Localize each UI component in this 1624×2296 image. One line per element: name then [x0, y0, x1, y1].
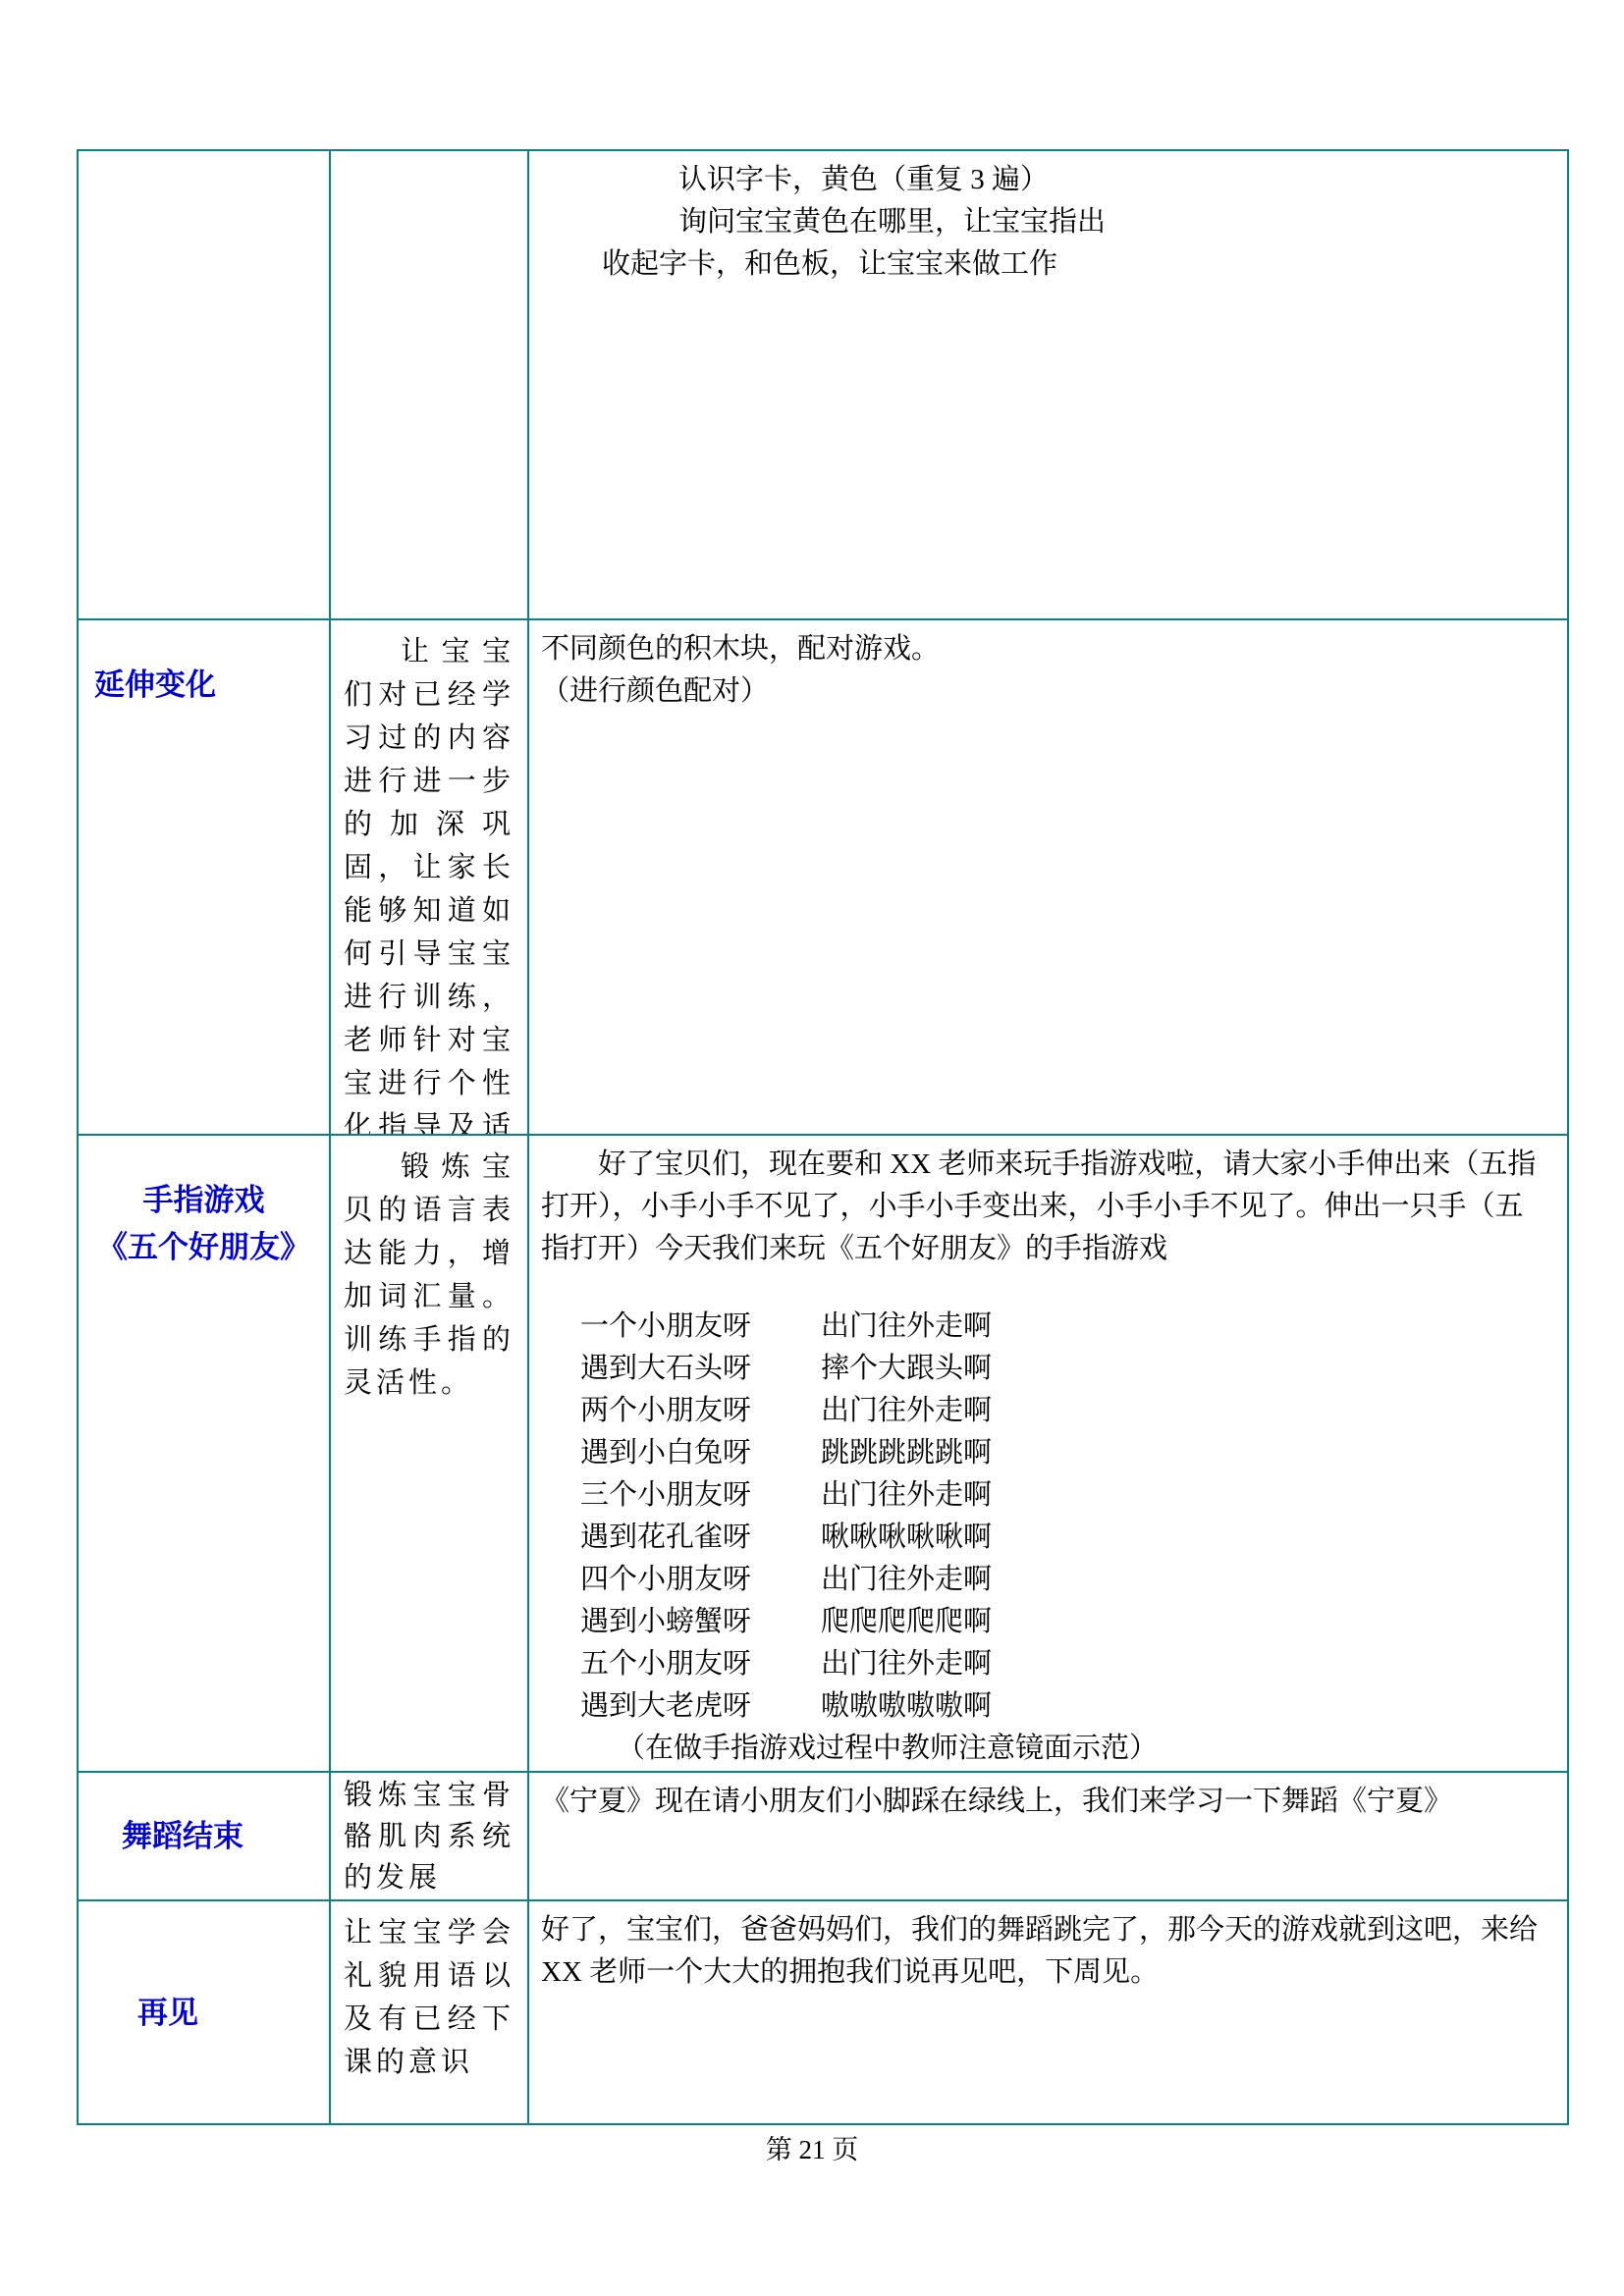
verse-call: 两个小朋友呀	[580, 1390, 821, 1432]
document-page: { "colors": { "table_border": "#0d8080",…	[0, 0, 1624, 2296]
extension-label-cell: 延伸变化	[79, 620, 331, 1136]
verse-response: 啾啾啾啾啾啊	[821, 1522, 992, 1553]
verse-response: 出门往外走啊	[821, 1479, 992, 1511]
verse-call: 三个小朋友呀	[580, 1474, 821, 1517]
goodbye-content-text: 好了，宝宝们，爸爸妈妈们，我们的舞蹈跳完了，那今天的游戏就到这吧，来给XX 老师…	[541, 1909, 1547, 1994]
verse-call: 四个小朋友呀	[580, 1559, 821, 1601]
verse-response: 出门往外走啊	[821, 1648, 992, 1680]
lesson-plan-table: 认识字卡，黄色（重复 3 遍） 询问宝宝黄色在哪里，让宝宝指出 收起字卡，和色板…	[77, 149, 1569, 2125]
verse-response: 出门往外走啊	[821, 1564, 992, 1595]
goodbye-label: 再见	[137, 1992, 198, 2034]
verse-call: 遇到小螃蟹呀	[580, 1601, 821, 1643]
verse-line: 四个小朋友呀出门往外走啊	[580, 1559, 1553, 1601]
finger-game-label-line2: 《五个好朋友》	[79, 1224, 329, 1271]
carryover-line-3: 收起字卡，和色板，让宝宝来做工作	[602, 243, 1553, 286]
goodbye-label-cell: 再见	[79, 1901, 331, 2125]
extension-label: 延伸变化	[94, 667, 216, 702]
dance-content-cell: 《宁夏》现在请小朋友们小脚踩在绿线上，我们来学习一下舞蹈《宁夏》	[529, 1773, 1569, 1901]
page-number-footer: 第 21 页	[0, 2128, 1624, 2166]
extension-content-cell: 不同颜色的积木块，配对游戏。 （进行颜色配对）	[529, 620, 1569, 1136]
carryover-purpose-cell	[331, 151, 529, 620]
verse-line: 遇到小白兔呀跳跳跳跳跳啊	[580, 1432, 1553, 1474]
extension-line-2: （进行颜色配对）	[541, 670, 1553, 713]
verse-line: 遇到大石头呀摔个大跟头啊	[580, 1348, 1553, 1390]
dance-label: 舞蹈结束	[122, 1815, 244, 1857]
finger-game-purpose-text: 锻炼宝贝的语言表达能力，增加词汇量。训练手指的灵活性。	[344, 1151, 514, 1399]
goodbye-purpose-text: 让宝宝学会礼貌用语以及有已经下课的意识	[344, 1917, 514, 2078]
extension-purpose-text: 让宝宝们对已经学习过的内容进行进一步的加深巩固，让家长能够知道如何引导宝宝进行训…	[344, 636, 514, 1136]
carryover-label-cell	[79, 151, 331, 620]
extension-purpose-cell: 让宝宝们对已经学习过的内容进行进一步的加深巩固，让家长能够知道如何引导宝宝进行训…	[331, 620, 529, 1136]
verse-line: 三个小朋友呀出门往外走啊	[580, 1474, 1553, 1517]
dance-purpose-text: 锻炼宝宝骨骼肌肉系统的发展	[344, 1780, 514, 1894]
dance-purpose-cell: 锻炼宝宝骨骼肌肉系统的发展	[331, 1773, 529, 1901]
finger-game-label-cell: 手指游戏 《五个好朋友》	[79, 1136, 331, 1773]
verse-call: 遇到大石头呀	[580, 1348, 821, 1390]
verse-response: 爬爬爬爬爬啊	[821, 1606, 992, 1637]
carryover-line-2: 询问宝宝黄色在哪里，让宝宝指出	[678, 201, 1553, 243]
finger-game-content-cell: 好了宝贝们，现在要和 XX 老师来玩手指游戏啦，请大家小手伸出来（五指打开），小…	[529, 1136, 1569, 1773]
finger-game-note: （在做手指游戏过程中教师注意镜面示范）	[617, 1728, 1553, 1770]
verse-response: 嗷嗷嗷嗷嗷啊	[821, 1690, 992, 1722]
verse-line: 遇到小螃蟹呀爬爬爬爬爬啊	[580, 1601, 1553, 1643]
finger-game-label-line1: 手指游戏	[79, 1177, 329, 1224]
dance-label-cell: 舞蹈结束	[79, 1773, 331, 1901]
verse-call: 遇到花孔雀呀	[580, 1517, 821, 1559]
verse-line: 两个小朋友呀出门往外走啊	[580, 1390, 1553, 1432]
verse-response: 出门往外走啊	[821, 1310, 992, 1342]
goodbye-content-cell: 好了，宝宝们，爸爸妈妈们，我们的舞蹈跳完了，那今天的游戏就到这吧，来给XX 老师…	[529, 1901, 1569, 2125]
finger-game-intro: 好了宝贝们，现在要和 XX 老师来玩手指游戏啦，请大家小手伸出来（五指打开），小…	[541, 1144, 1547, 1270]
verse-response: 摔个大跟头啊	[821, 1353, 992, 1384]
extension-line-1: 不同颜色的积木块，配对游戏。	[541, 628, 1553, 670]
verse-line: 遇到大老虎呀嗷嗷嗷嗷嗷啊	[580, 1685, 1553, 1728]
dance-content-text: 《宁夏》现在请小朋友们小脚踩在绿线上，我们来学习一下舞蹈《宁夏》	[541, 1781, 1547, 1823]
verse-call: 一个小朋友呀	[580, 1306, 821, 1348]
verse-line: 一个小朋友呀出门往外走啊	[580, 1306, 1553, 1348]
verse-line: 五个小朋友呀出门往外走啊	[580, 1643, 1553, 1685]
verse-response: 跳跳跳跳跳啊	[821, 1437, 992, 1468]
verse-call: 五个小朋友呀	[580, 1643, 821, 1685]
carryover-content-cell: 认识字卡，黄色（重复 3 遍） 询问宝宝黄色在哪里，让宝宝指出 收起字卡，和色板…	[529, 151, 1569, 620]
finger-game-purpose-cell: 锻炼宝贝的语言表达能力，增加词汇量。训练手指的灵活性。	[331, 1136, 529, 1773]
verse-call: 遇到小白兔呀	[580, 1432, 821, 1474]
verse-response: 出门往外走啊	[821, 1395, 992, 1426]
verse-call: 遇到大老虎呀	[580, 1685, 821, 1728]
finger-game-verses: 一个小朋友呀出门往外走啊 遇到大石头呀摔个大跟头啊 两个小朋友呀出门往外走啊 遇…	[580, 1306, 1553, 1728]
goodbye-purpose-cell: 让宝宝学会礼貌用语以及有已经下课的意识	[331, 1901, 529, 2125]
verse-line: 遇到花孔雀呀啾啾啾啾啾啊	[580, 1517, 1553, 1559]
carryover-line-1: 认识字卡，黄色（重复 3 遍）	[678, 159, 1553, 201]
